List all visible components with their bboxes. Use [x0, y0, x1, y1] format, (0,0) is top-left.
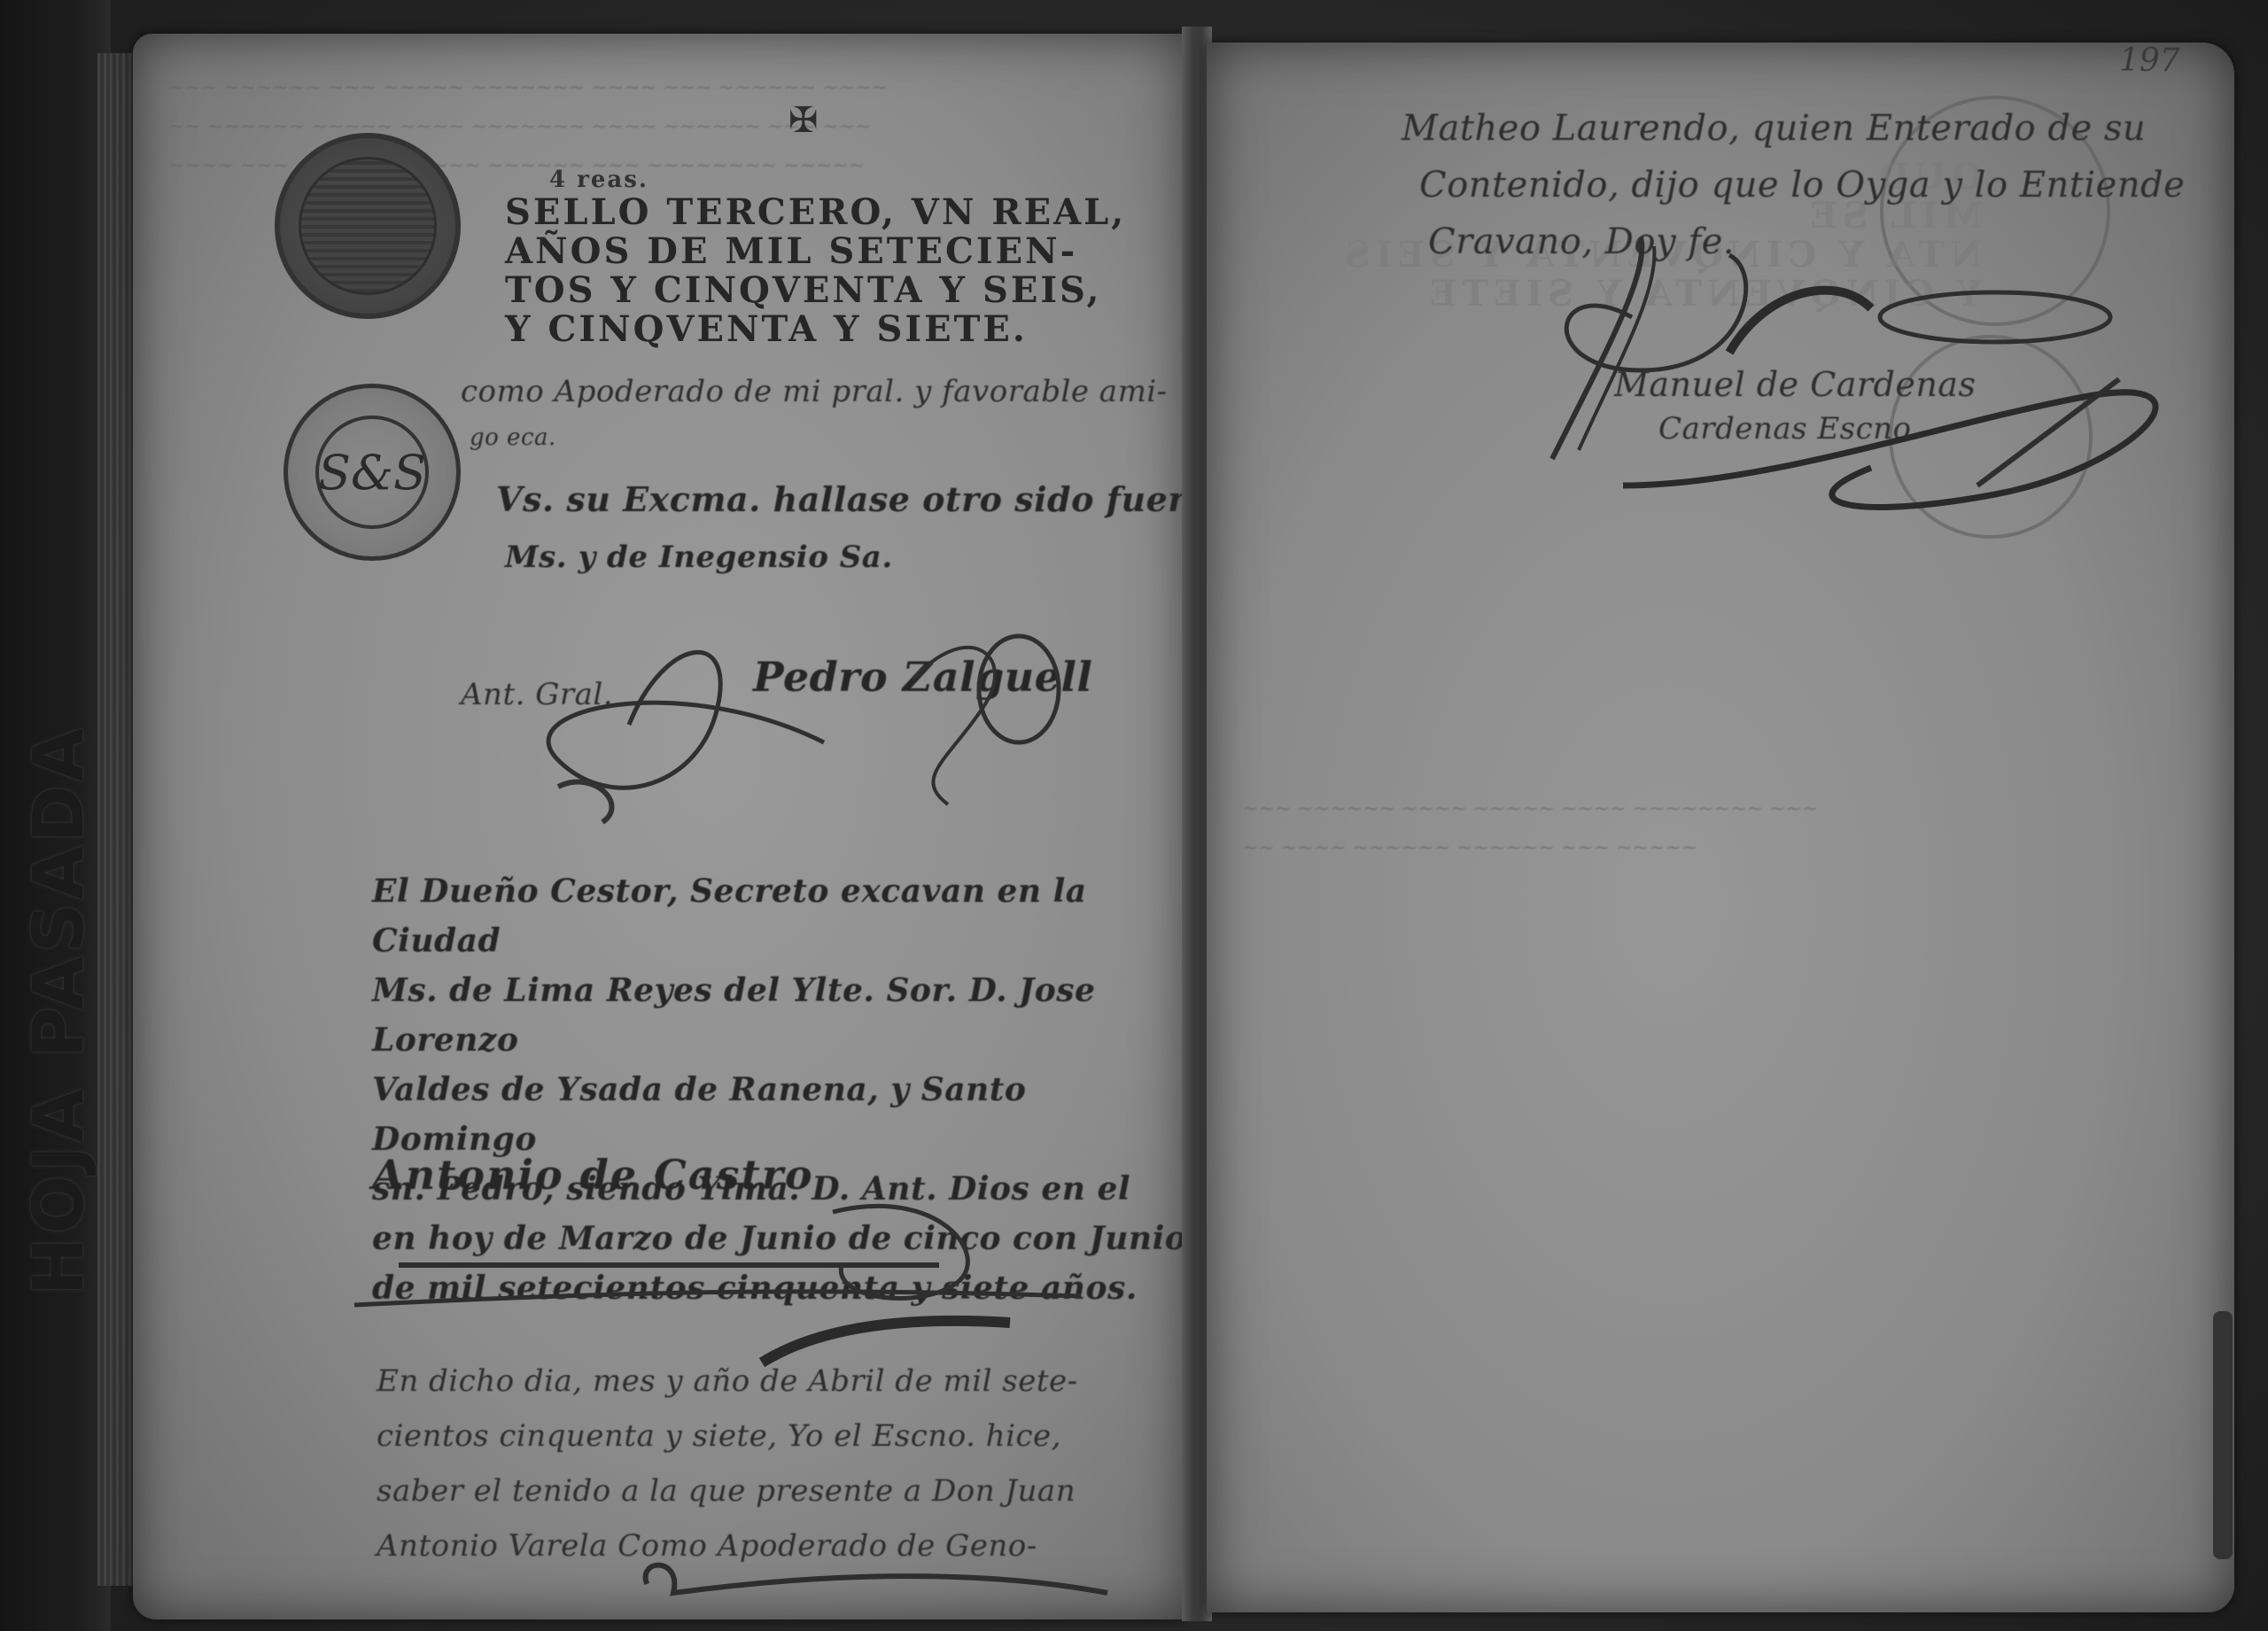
body-line-1: como Apoderado de mi pral. y favorable a… [461, 369, 1168, 415]
stamp-header: SELLO TERCERO, VN REAL, AÑOS DE MIL SETE… [505, 193, 1126, 349]
cross-icon: ✠ [788, 100, 819, 141]
closing-flourish [629, 1557, 1125, 1611]
stamp-line-4: Y CINQVENTA Y SIETE. [505, 310, 1126, 349]
closing-line: saber el tenido a la que presente a Don … [377, 1464, 1078, 1518]
faint-bleed-text: ~~~ ~~~~~~ ~~~~ ~~~~~ ~~~~ ~~~~~~~~ ~~~~… [1242, 751, 2172, 868]
royal-seal-icon [275, 133, 461, 319]
folio-number: 197 [2119, 43, 2180, 79]
paragraph-line: El Dueño Cestor, Secreto excavan en la C… [372, 866, 1187, 966]
closing-line: En dicho dia, mes y año de Abril de mil … [377, 1354, 1078, 1409]
body-line-4: Ms. y de Inegensio Sa. [505, 534, 893, 580]
book-spine: HOJA PASADA [0, 0, 111, 1631]
notary-rubric [1499, 220, 2208, 521]
body-line-3: Vs. su Excma. hallase otro sido fuero [496, 477, 1187, 523]
annotation-line: Matheo Laurendo, quien Enterado de su [1402, 100, 2185, 157]
spine-label-text: HOJA PASADA [19, 725, 99, 1295]
paragraph-line: Ms. de Lima Reyes del Ylte. Sor. D. Jose… [372, 966, 1187, 1065]
signature-flourish-1 [452, 601, 1143, 831]
stamp-line-2: AÑOS DE MIL SETECIEN- [505, 232, 1126, 271]
right-page: 197 OUD MIL SE NTA Y CINQVENTA Y SEIS Y … [1207, 43, 2234, 1612]
signature-flourish-2 [266, 1132, 1152, 1380]
left-page: ~~~ ~~~~~~ ~~~ ~~~~~ ~~~~~~~ ~~~~ ~~~ ~~… [133, 34, 1187, 1619]
stamp-price: 4 reas. [549, 167, 649, 193]
closing-paragraph: En dicho dia, mes y año de Abril de mil … [377, 1354, 1078, 1573]
seal-monogram: S&S [315, 416, 429, 529]
page-edge-tab [2213, 1311, 2233, 1559]
closing-line: cientos cinquenta y siete, Yo el Escno. … [377, 1409, 1078, 1464]
body-line-2: go eca. [470, 415, 556, 461]
habilitation-seal-icon: S&S [283, 384, 461, 561]
stamp-line-1: SELLO TERCERO, VN REAL, [505, 193, 1126, 232]
spine-label: HOJA PASADA [19, 744, 99, 1276]
annotation-line: Contenido, dijo que lo Oyga y lo Entiend… [1402, 157, 2185, 214]
coat-of-arms-icon [299, 157, 437, 295]
stamp-line-3: TOS Y CINQVENTA Y SEIS, [505, 271, 1126, 310]
